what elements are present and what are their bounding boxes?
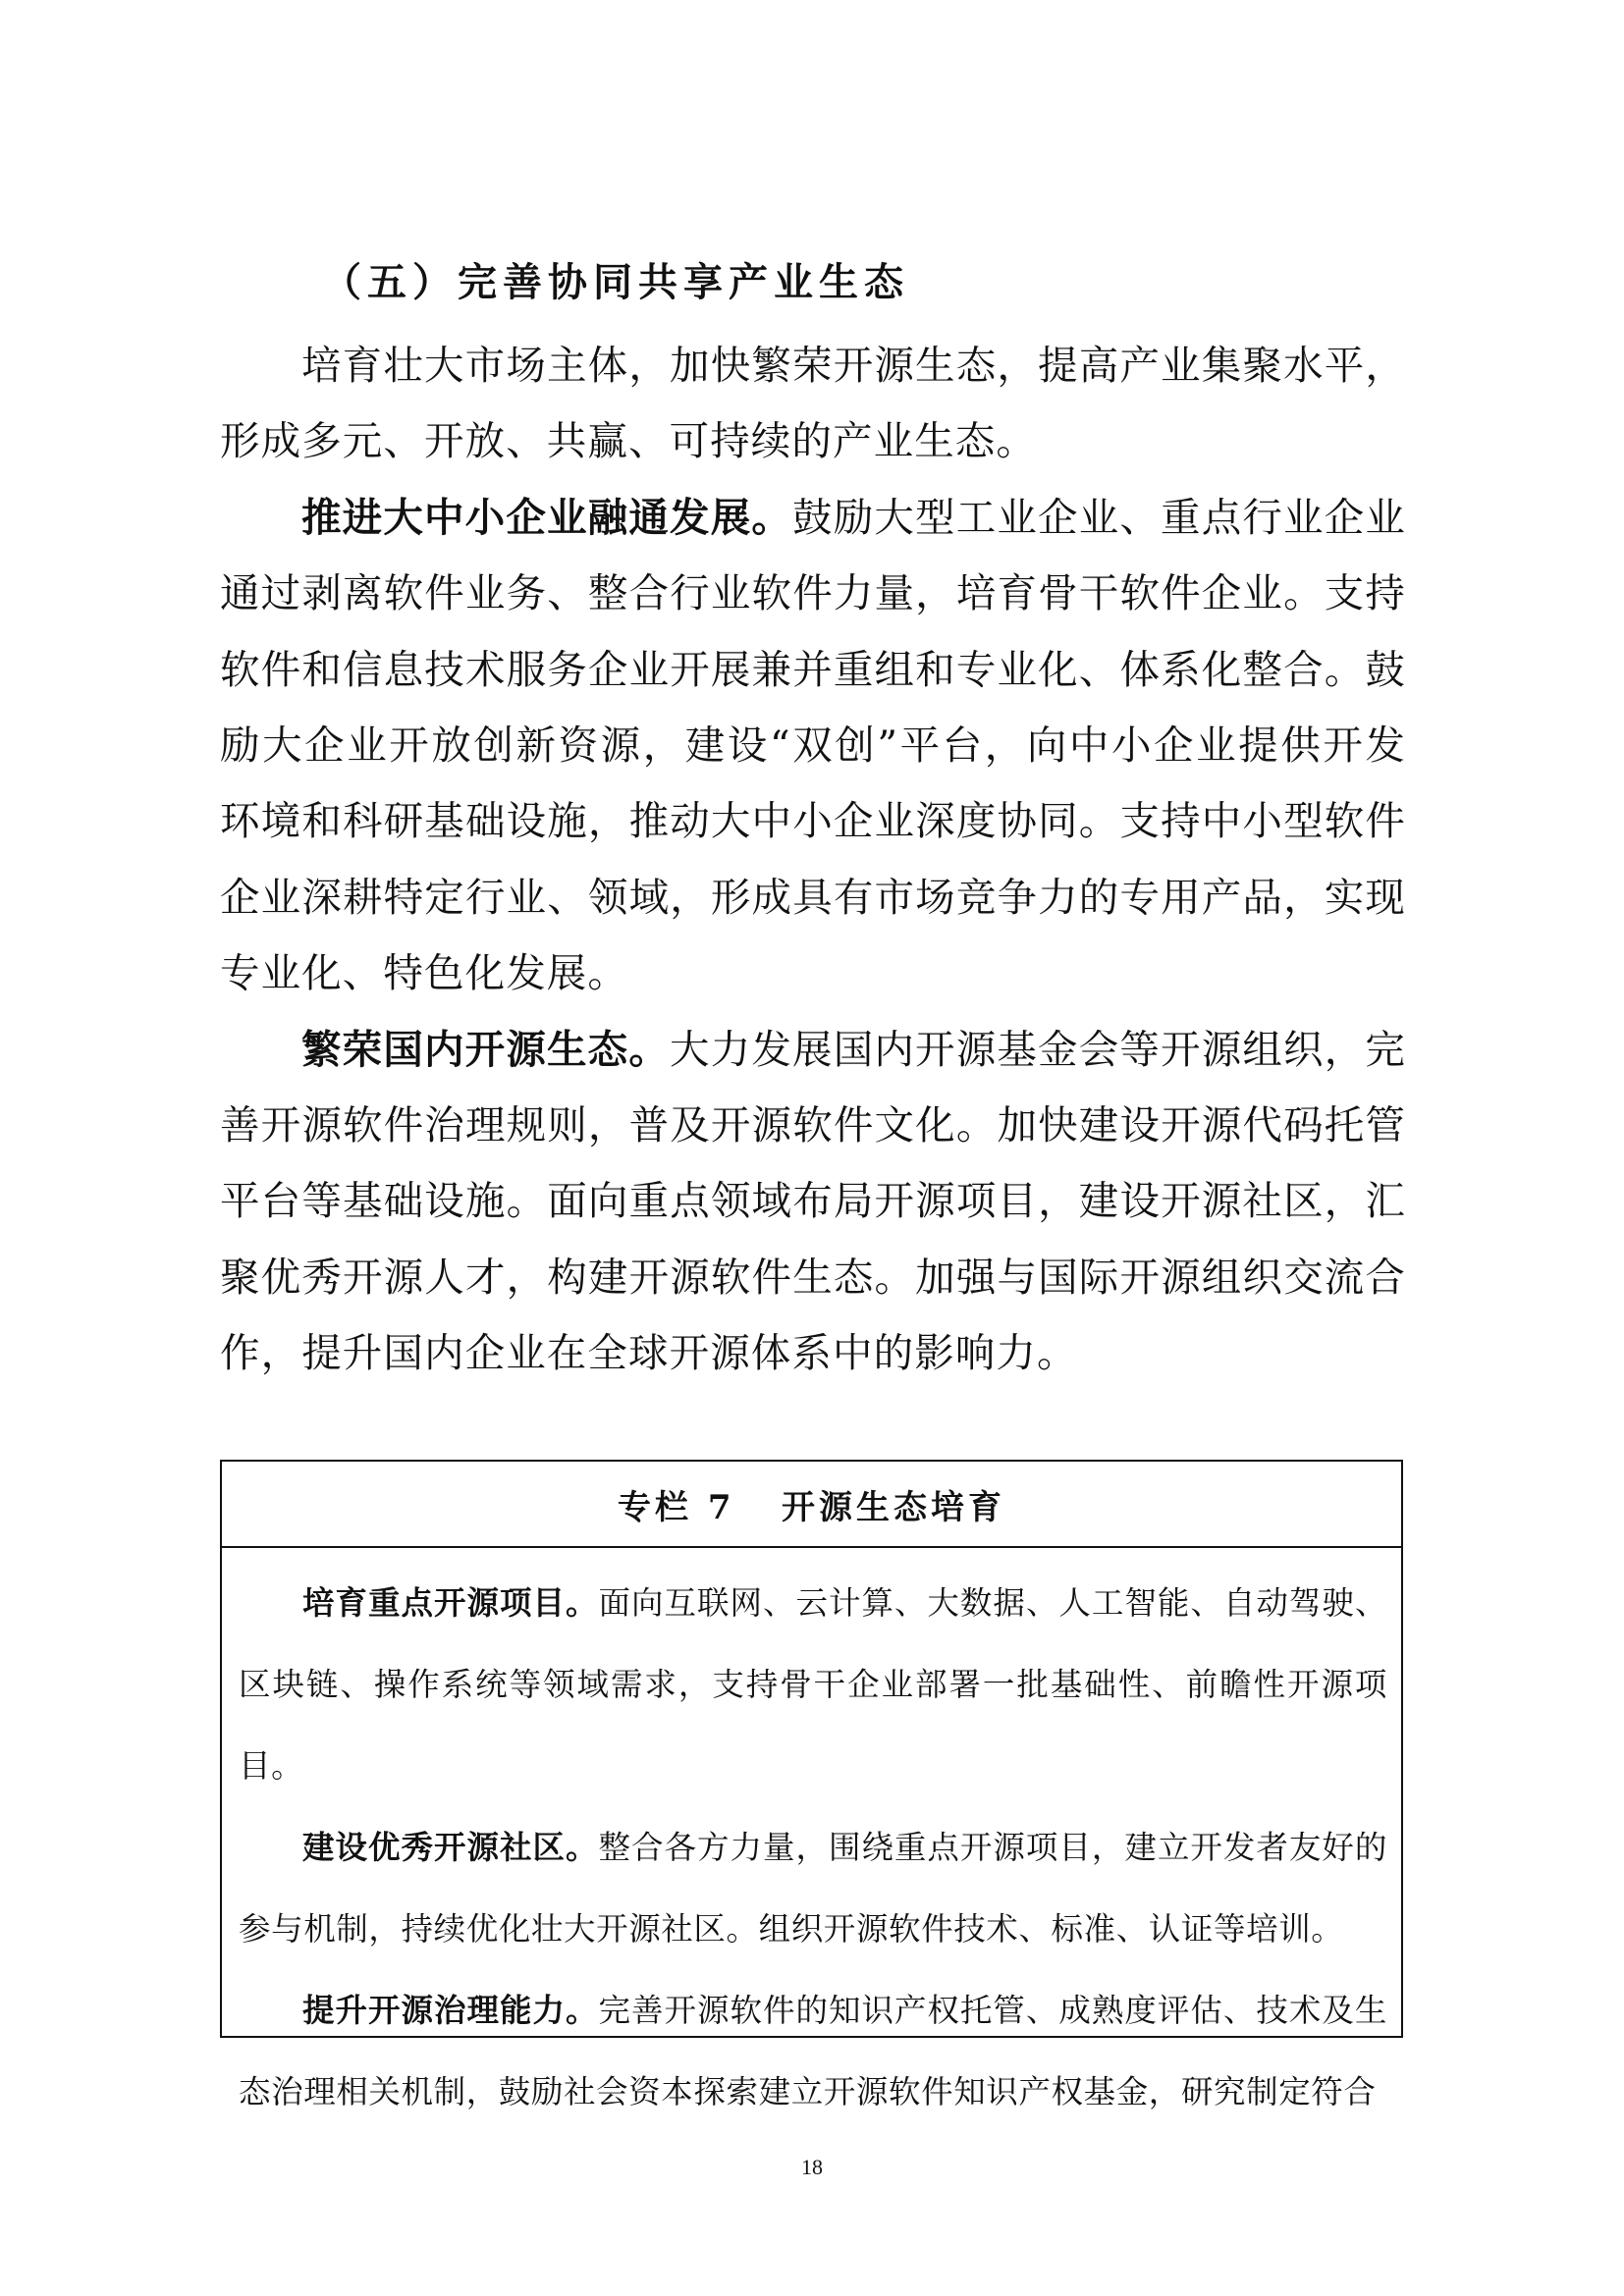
- page-number: 18: [0, 2153, 1624, 2182]
- column-box: 专栏 7 开源生态培育 培育重点开源项目。面向互联网、云计算、大数据、人工智能、…: [220, 1460, 1403, 2038]
- paragraph-lead: 推进大中小企业融通发展。: [301, 494, 792, 541]
- paragraph-lead: 繁荣国内开源生态。: [301, 1026, 670, 1073]
- column-item: 建设优秀开源社区。整合各方力量，围绕重点开源项目，建立开发者友好的参与机制，持续…: [239, 1807, 1387, 1970]
- paragraph-text: 大力发展国内开源基金会等开源组织，完善开源软件治理规则，普及开源软件文化。加快建…: [220, 1026, 1406, 1377]
- column-box-header: 专栏 7 开源生态培育: [222, 1462, 1401, 1548]
- column-item: 提升开源治理能力。完善开源软件的知识产权托管、成熟度评估、技术及生态治理相关机制…: [239, 1970, 1387, 2133]
- column-item-lead: 提升开源治理能力。: [302, 1992, 598, 2029]
- paragraph-sme-integration: 推进大中小企业融通发展。鼓励大型工业企业、重点行业企业通过剥离软件业务、整合行业…: [220, 480, 1406, 1012]
- column-box-body: 培育重点开源项目。面向互联网、云计算、大数据、人工智能、自动驾驶、区块链、操作系…: [239, 1563, 1387, 2133]
- section-heading: （五）完善协同共享产业生态: [322, 259, 909, 306]
- column-item-lead: 培育重点开源项目。: [302, 1584, 598, 1622]
- paragraph-text: 培育壮大市场主体，加快繁荣开源生态，提高产业集聚水平，形成多元、开放、共赢、可持…: [220, 342, 1406, 464]
- paragraph-intro: 培育壮大市场主体，加快繁荣开源生态，提高产业集聚水平，形成多元、开放、共赢、可持…: [220, 328, 1406, 480]
- paragraph-open-source-ecosystem: 繁荣国内开源生态。大力发展国内开源基金会等开源组织，完善开源软件治理规则，普及开…: [220, 1012, 1406, 1392]
- body-text: 培育壮大市场主体，加快繁荣开源生态，提高产业集聚水平，形成多元、开放、共赢、可持…: [220, 328, 1406, 1392]
- paragraph-text: 鼓励大型工业企业、重点行业企业通过剥离软件业务、整合行业软件力量，培育骨干软件企…: [220, 494, 1406, 996]
- column-item-lead: 建设优秀开源社区。: [302, 1829, 598, 1866]
- document-page: （五）完善协同共享产业生态 培育壮大市场主体，加快繁荣开源生态，提高产业集聚水平…: [0, 0, 1624, 2296]
- column-item: 培育重点开源项目。面向互联网、云计算、大数据、人工智能、自动驾驶、区块链、操作系…: [239, 1563, 1387, 1807]
- column-box-title: 专栏 7 开源生态培育: [618, 1480, 1005, 1528]
